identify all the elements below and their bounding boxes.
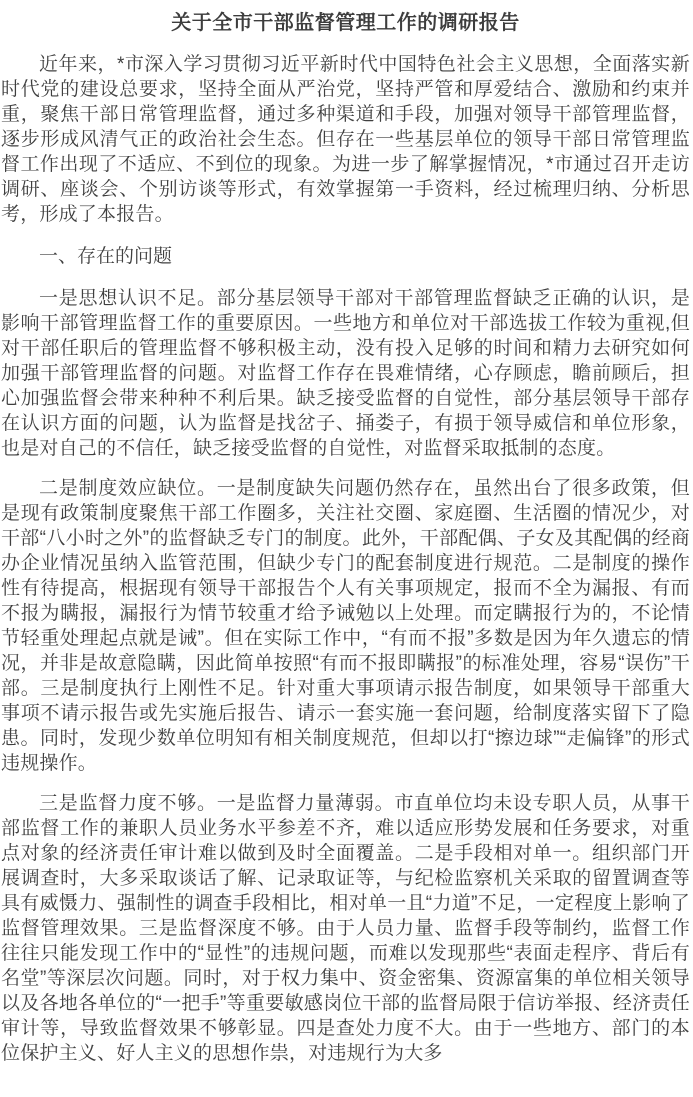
paragraph-issue-1-thought-awareness: 一是思想认识不足。部分基层领导干部对干部管理监督缺乏正确的认识，是影响干部管理监… bbox=[1, 286, 690, 461]
report-page: 关于全市干部监督管理工作的调研报告 近年来，*市深入学习贯彻习近平新时代中国特色… bbox=[0, 0, 691, 1066]
report-title: 关于全市干部监督管理工作的调研报告 bbox=[1, 9, 690, 37]
paragraph-issue-3-supervision-strength: 三是监督力度不够。一是监督力量薄弱。市直单位均未设专职人员，从事干部监督工作的兼… bbox=[1, 791, 690, 1066]
section-1-heading: 一、存在的问题 bbox=[1, 244, 690, 269]
paragraph-issue-2-institutional-effect: 二是制度效应缺位。一是制度缺失问题仍然存在，虽然出台了很多政策，但是现有政策制度… bbox=[1, 476, 690, 776]
intro-paragraph: 近年来，*市深入学习贯彻习近平新时代中国特色社会主义思想，全面落实新时代党的建设… bbox=[1, 52, 690, 227]
